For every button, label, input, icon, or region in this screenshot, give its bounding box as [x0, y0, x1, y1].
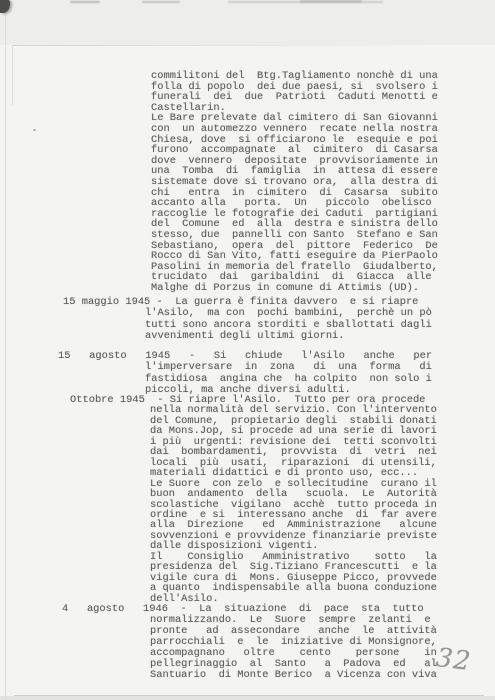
text-line: l'Asilo, ma con pochi bambini, perchè un… — [0, 308, 495, 319]
entry-continuation-paragraph: commilitoni del Btg.Tagliamento nonchè d… — [0, 71, 495, 293]
text-line: sistemate dove si trovano ora, alla dest… — [0, 177, 495, 188]
text-line: con un automezzo vennero recate nella no… — [0, 124, 495, 135]
handwritten-page-number: 32 — [434, 643, 472, 677]
text-line: a quanto indispensabile alla buona condu… — [0, 583, 495, 593]
scanned-document-page: commilitoni del Btg.Tagliamento nonchè d… — [0, 0, 495, 700]
entry-ottobre-1945: Ottobre 1945 - Si riapre l'Asilo. Tutto … — [0, 395, 495, 604]
entry-4-agosto-1946: 4 agosto 1946 - La situazione di pace st… — [0, 604, 495, 681]
text-line: Santuario di Monte Berico a Vicenza con … — [0, 670, 495, 681]
text-line: l'imperversare in zona di una forma di — [0, 362, 495, 373]
text-line: funerali dei due Patrioti Caduti Menotti… — [0, 92, 495, 103]
text-line: stesso, due pannelli con Santo Stefano e… — [0, 230, 495, 241]
text-line: avvenimenti degli ultimi giorni. — [0, 331, 495, 342]
typewritten-text: commilitoni del Btg.Tagliamento nonchè d… — [0, 0, 495, 700]
entry-15-maggio-1945: 15 maggio 1945 - La guerra è finita davv… — [0, 297, 495, 342]
text-line: Malghe di Porzus in comune di Attimis (U… — [0, 283, 495, 294]
text-line: commilitoni del Btg.Tagliamento nonchè d… — [0, 71, 495, 82]
text-line: buon andamento della scuola. Le Autorità — [0, 489, 495, 499]
entry-15-agosto-1945: 15 agosto 1945 - Si chiude l'Asilo anche… — [0, 351, 495, 396]
